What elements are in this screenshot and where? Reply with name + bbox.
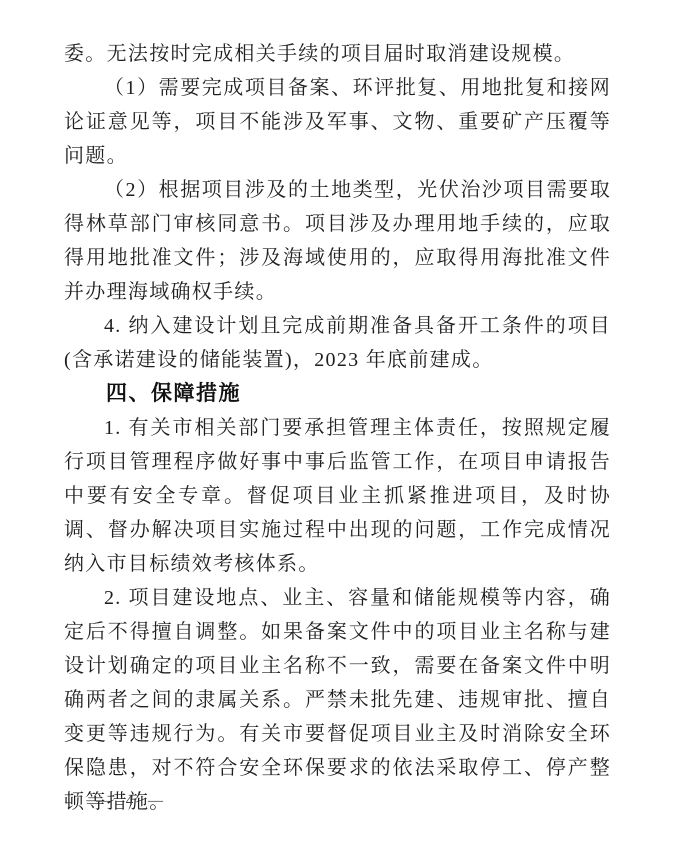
page-number: — 4 — [96, 793, 164, 810]
document-body: 委。无法按时完成相关手续的项目届时取消建设规模。 （1）需要完成项目备案、环评批… [64, 37, 611, 819]
paragraph-measure-2: 2. 项目建设地点、业主、容量和储能规模等内容，确定后不得擅自调整。如果备案文件… [64, 581, 611, 819]
paragraph-measure-1: 1. 有关市相关部门要承担管理主体责任，按照规定履行项目管理程序做好事中事后监管… [64, 411, 611, 581]
paragraph-item-4: 4. 纳入建设计划且完成前期准备具备开工条件的项目(含承诺建设的储能装置)，20… [64, 309, 611, 377]
paragraph-continuation: 委。无法按时完成相关手续的项目届时取消建设规模。 [64, 37, 611, 71]
paragraph-subitem-2: （2）根据项目涉及的土地类型，光伏治沙项目需要取得林草部门审核同意书。项目涉及办… [64, 173, 611, 309]
document-page: 委。无法按时完成相关手续的项目届时取消建设规模。 （1）需要完成项目备案、环评批… [0, 0, 685, 855]
paragraph-subitem-1: （1）需要完成项目备案、环评批复、用地批复和接网论证意见等，项目不能涉及军事、文… [64, 71, 611, 173]
section-heading: 四、保障措施 [64, 377, 611, 411]
